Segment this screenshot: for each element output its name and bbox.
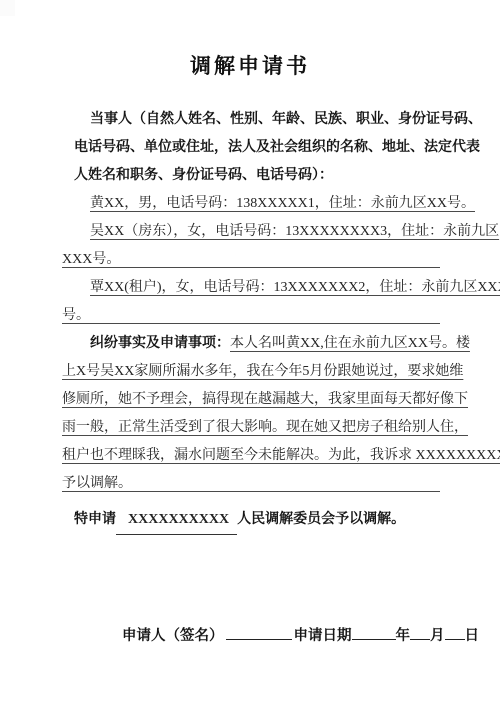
party-entry-text: 覃XX(租户)，女，电话号码：13XXXXXXX2，住址：永前九区XXX — [90, 274, 500, 302]
dispute-text: 雨一般，正常生活受到了很大影响。现在她又把房子租给别人住， — [62, 414, 468, 442]
document-title: 调解申请书 — [0, 0, 500, 82]
dispute-line: 予以调解。 — [62, 470, 440, 498]
party-entry-line: 覃XX(租户)，女，电话号码：13XXXXXXX2，住址：永前九区XXX — [62, 274, 440, 302]
date-label: 申请日期 — [294, 628, 352, 644]
dispute-text: 予以调解。 — [62, 470, 132, 498]
dispute-line: 雨一般，正常生活受到了很大影响。现在她又把房子租给别人住， — [62, 414, 440, 442]
petition-suffix: 人民调解委员会予以调解。 — [237, 512, 405, 527]
dispute-underline-fill — [132, 470, 440, 498]
petition-prefix: 特申请 — [74, 512, 116, 527]
month-label: 月 — [430, 628, 445, 644]
petition-line: 特申请XXXXXXXXXX人民调解委员会予以调解。 — [74, 506, 440, 534]
party-intro-line: 当事人（自然人姓名、性别、年龄、民族、职业、身份证号码、 — [62, 106, 440, 134]
day-blank-before-day — [445, 624, 465, 640]
party-entry-line: 黄XX，男，电话号码：138XXXXX1，住址：永前九区XX号。 — [62, 190, 440, 218]
corner-watermark — [0, 0, 15, 16]
party-intro-line: 人姓名和职务、身份证号码、电话号码）： — [62, 162, 440, 190]
applicant-signature-blank — [226, 624, 292, 640]
party-entry-line: 吴XX（房东），女，电话号码：13XXXXXXXX3，住址：永前九区 — [62, 218, 440, 246]
dispute-text: 本人名叫黄XX,住在永前九区XX号。楼 — [230, 330, 470, 358]
entry-underline-fill — [120, 246, 440, 274]
signature-line: 申请人（签名）申请日期年月日 — [122, 622, 460, 650]
dispute-line: 上X号吴XX家厕所漏水多年，我在今年5月份跟她说过，要求她维 — [62, 358, 440, 386]
party-intro-line: 电话号码、单位或住址，法人及社会组织的名称、地址、法定代表 — [62, 134, 440, 162]
dispute-text: 修厕所，她不予理会，搞得现在越漏越大，我家里面每天都好像下 — [62, 386, 468, 414]
party-entry-line: 号。 — [62, 302, 440, 330]
petition-committee-blank: XXXXXXXXXX — [116, 506, 237, 535]
dispute-section-label: 纠纷事实及申请事项： — [90, 330, 230, 358]
day-label: 日 — [465, 628, 480, 644]
document-page: 调解申请书 当事人（自然人姓名、性别、年龄、民族、职业、身份证号码、 电话号码、… — [0, 0, 500, 708]
dispute-text: 上X号吴XX家厕所漏水多年，我在今年5月份跟她说过，要求她维 — [62, 358, 463, 386]
party-entry-line: XXX号。 — [62, 246, 440, 274]
dispute-line: 修厕所，她不予理会，搞得现在越漏越大，我家里面每天都好像下 — [62, 386, 440, 414]
dispute-line: 租户也不理睬我，漏水问题至今未能解决。为此，我诉求 XXXXXXXXX — [62, 442, 440, 470]
date-blank — [352, 624, 396, 640]
dispute-line: 纠纷事实及申请事项： 本人名叫黄XX,住在永前九区XX号。楼 — [62, 330, 440, 358]
party-entry-text: 吴XX（房东），女，电话号码：13XXXXXXXX3，住址：永前九区 — [90, 218, 499, 246]
party-entry-text: 黄XX，男，电话号码：138XXXXX1，住址：永前九区XX号。 — [90, 190, 475, 218]
applicant-label: 申请人（签名） — [122, 628, 224, 644]
entry-underline-fill — [90, 302, 440, 330]
month-blank-before-month — [410, 624, 430, 640]
dispute-text: 租户也不理睬我，漏水问题至今未能解决。为此，我诉求 XXXXXXXXX — [62, 442, 500, 470]
party-entry-text: 号。 — [62, 302, 90, 330]
document-body: 当事人（自然人姓名、性别、年龄、民族、职业、身份证号码、 电话号码、单位或住址，… — [62, 106, 440, 498]
year-label: 年 — [396, 628, 411, 644]
party-entry-text: XXX号。 — [62, 246, 120, 274]
